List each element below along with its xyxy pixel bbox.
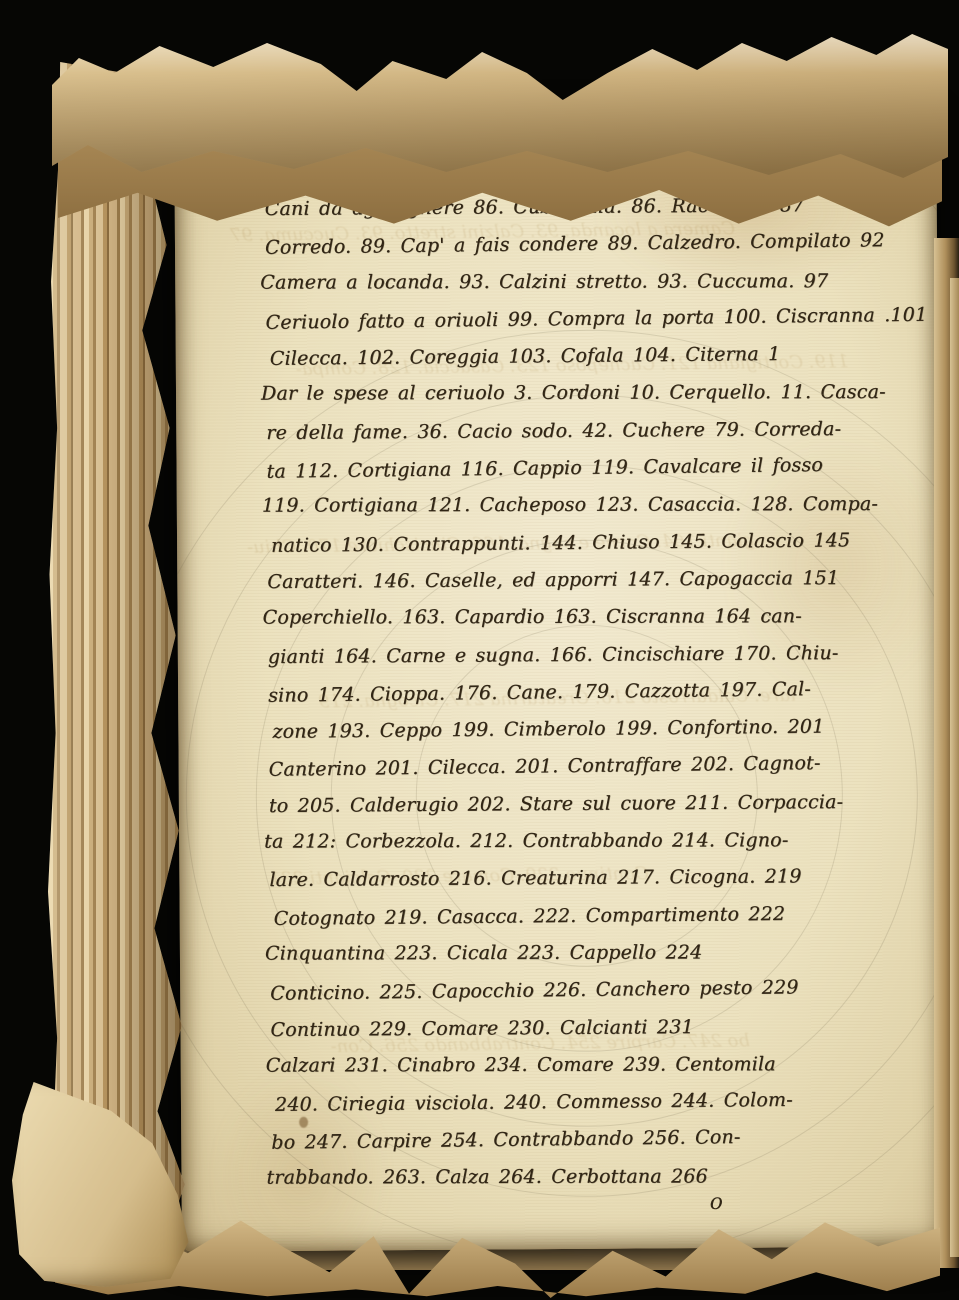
manuscript-page: Camera a locanda. 93. Calzini stretto. 9… [174,100,944,1251]
index-line: Cilecca. 102. Coreggia 103. Cofala 104. … [270,335,930,379]
index-line: Cinquantina 223. Cicala 223. Cappello 22… [265,934,925,973]
index-line: to 205. Calderugio 202. Stare sul cuore … [269,783,929,825]
torn-leaf-corner-flap [12,1082,192,1287]
index-line: natico 130. Contrappunti. 144. Chiuso 14… [271,521,931,565]
torn-parchment-top [52,28,948,178]
index-line: Conticino. 225. Capocchio 226. Canchero … [270,968,930,1013]
index-line: Canterino 201. Cilecca. 201. Contraffare… [268,744,928,789]
index-line: ta 212: Corbezzola. 212. Contrabbando 21… [264,822,924,861]
page-fold-right [934,238,959,1268]
index-line: Dar le spese al ceriuolo 3. Cordoni 10. … [261,374,921,413]
index-line: Cotognato 219. Casacca. 222. Compartimen… [274,894,934,938]
index-line: 119. Cortigiana 121. Cacheposo 123. Casa… [262,486,922,525]
index-line: lare. Caldarrosto 216. Creaturina 217. C… [269,858,929,900]
index-line: Camera a locanda. 93. Calzini stretto. 9… [260,262,920,301]
index-line: re della fame. 36. Cacio sodo. 42. Cuche… [266,410,926,452]
index-line: ta 112. Cortigiana 116. Cappio 119. Cava… [266,446,926,491]
index-line: gianti 164. Carne e sugna. 166. Cincisch… [268,634,928,676]
flourish-mark: o [710,1190,723,1215]
index-line: Continuo 229. Comare 230. Calcianti 231 [270,1007,930,1049]
index-line: trabbando. 263. Calza 264. Cerbottana 26… [266,1158,926,1197]
index-line: Caratteri. 146. Caselle, ed apporri 147.… [267,559,927,601]
manuscript-photo: Camera a locanda. 93. Calzini stretto. 9… [0,0,959,1300]
index-text-block: Cani da aggiugnere 86. Cuzzatella. 86. R… [265,186,932,1198]
index-line: bo 247. Carpire 254. Contrabbando 256. C… [271,1117,931,1162]
index-line: Coperchiello. 163. Capardio 163. Ciscran… [263,598,923,637]
index-line: Calzari 231. Cinabro 234. Comare 239. Ce… [266,1046,926,1085]
index-line: Corredo. 89. Cap' a fais condere 89. Cal… [265,222,925,267]
